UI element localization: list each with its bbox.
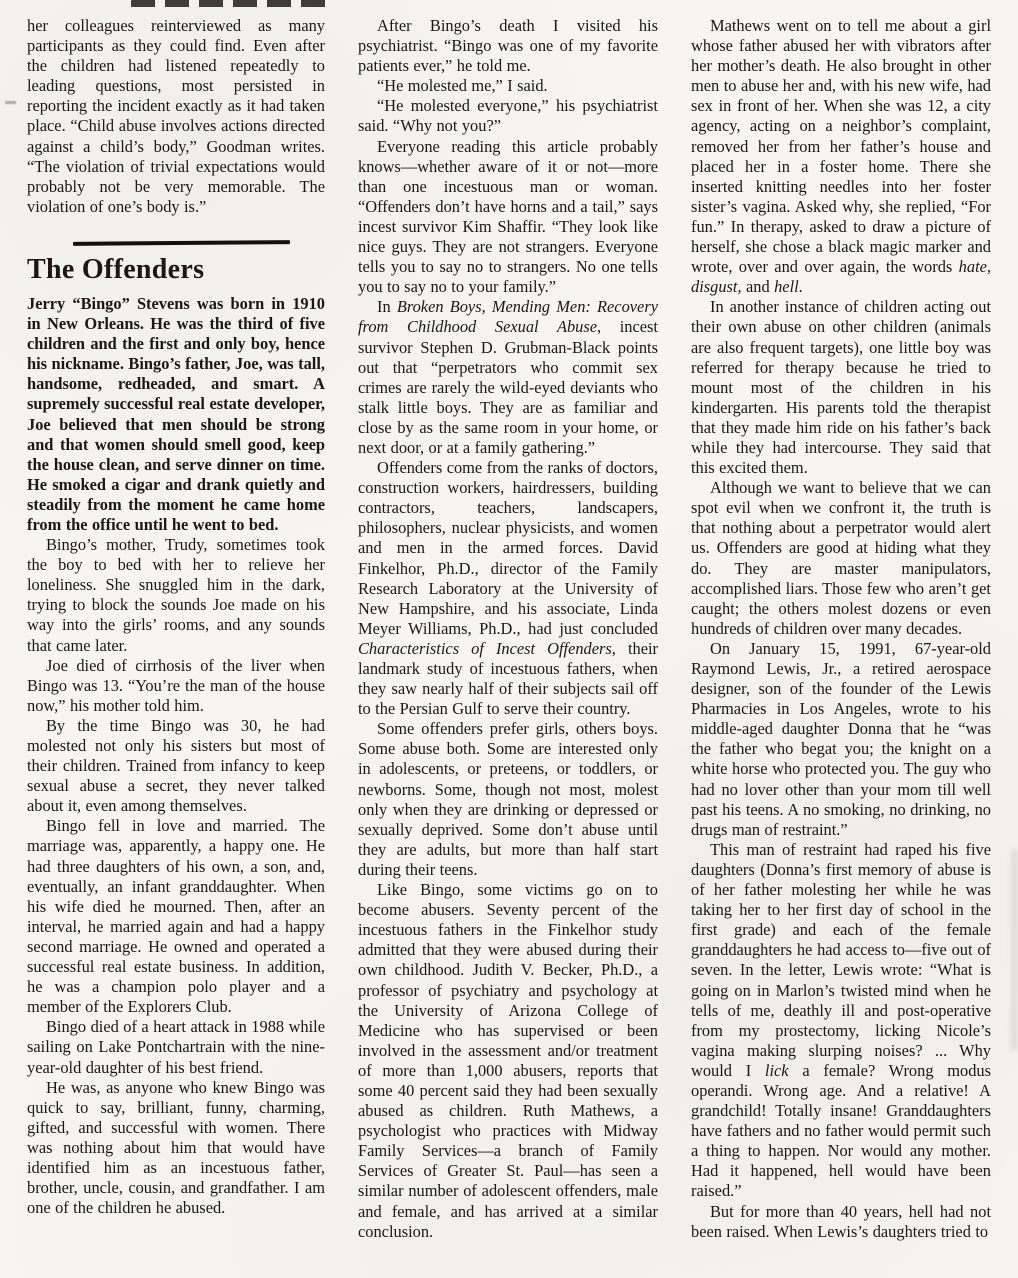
clipped-running-head	[131, 0, 327, 7]
paragraph: Like Bingo, some victims go on to become…	[358, 880, 658, 1242]
paragraph: Offenders come from the ranks of doctors…	[358, 458, 658, 719]
paragraph: Although we want to believe that we can …	[691, 478, 991, 639]
paragraph: Some offenders prefer girls, others boys…	[358, 719, 658, 880]
paragraph: “He molested me,” I said.	[358, 76, 658, 96]
three-column-text: her colleagues reinterviewed as many par…	[27, 16, 991, 1242]
paragraph: Bingo fell in love and married. The marr…	[27, 816, 325, 1017]
column-left: her colleagues reinterviewed as many par…	[27, 16, 325, 1218]
paragraph: Joe died of cirrhosis of the liver when …	[27, 656, 325, 716]
column-middle: After Bingo’s death I visited his psychi…	[358, 16, 658, 1242]
paragraph: Bingo’s mother, Trudy, sometimes took th…	[27, 535, 325, 656]
paragraph: Mathews went on to tell me about a girl …	[691, 16, 991, 297]
column-right: Mathews went on to tell me about a girl …	[691, 16, 991, 1242]
section-heading: The Offenders	[27, 255, 325, 285]
paragraph: By the time Bingo was 30, he had moleste…	[27, 716, 325, 816]
paragraph: This man of restraint had raped his five…	[691, 840, 991, 1202]
section-rule	[73, 240, 290, 246]
scan-artifact-left-edge	[5, 101, 16, 104]
paragraph: He was, as anyone who knew Bingo was qui…	[27, 1078, 325, 1219]
paragraph: In another instance of children acting o…	[691, 297, 991, 478]
paragraph: Everyone reading this article probably k…	[358, 137, 658, 298]
scan-artifact-right-edge	[1011, 850, 1018, 1050]
paragraph: But for more than 40 years, hell had not…	[691, 1202, 991, 1242]
paragraph: After Bingo’s death I visited his psychi…	[358, 16, 658, 76]
paragraph: Jerry “Bingo” Stevens was born in 1910 i…	[27, 294, 325, 535]
paragraph: In Broken Boys, Mending Men: Recovery fr…	[358, 297, 658, 458]
paragraph: her colleagues reinterviewed as many par…	[27, 16, 325, 217]
paragraph: On January 15, 1991, 67-year-old Raymond…	[691, 639, 991, 840]
scanned-article-page: her colleagues reinterviewed as many par…	[0, 0, 1018, 1278]
paragraph: “He molested everyone,” his psychiatrist…	[358, 96, 658, 136]
paragraph: Bingo died of a heart attack in 1988 whi…	[27, 1017, 325, 1077]
